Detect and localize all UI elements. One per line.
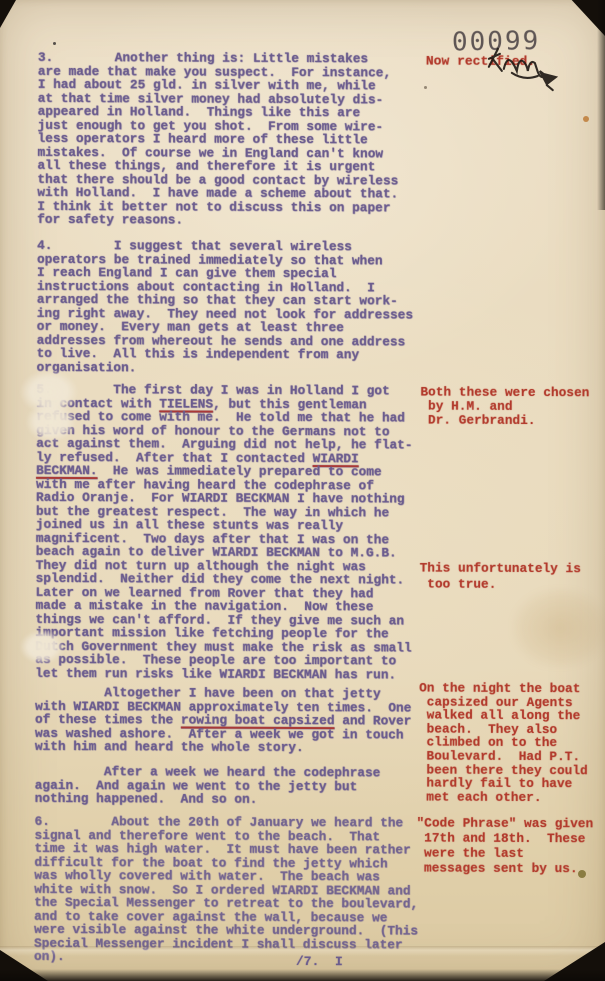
handwritten-initials [484,41,576,99]
margin-note-code-phrase: "Code Phrase" was given 17th and 18th. T… [416,816,593,877]
scanned-document-page: 00099 Now rectified. 3. Another thing is… [0,0,605,981]
margin-note-line: Dr. Gerbrandi. [420,414,589,429]
margin-note-line: too true. [420,577,581,594]
margin-note-line: This unfortunately is [420,561,581,578]
typed-line: let them run risks like WIARDI BECKMAN h… [35,666,411,681]
paragraph-3: 3. Another thing is: Little mistakes are… [37,51,399,228]
typed-line: organisation. [37,360,413,375]
paper-speck [424,86,427,89]
margin-note-capsized: On the night the boat capsized our Agent… [419,682,588,805]
paper-speck [578,870,586,878]
paper-speck [53,42,56,45]
paragraph-5: 5. The first day I was in Holland I got … [35,383,413,682]
paragraph-week: After a week we heard the codephrase aga… [35,765,381,807]
scan-edge-shadow [0,969,605,981]
margin-note-line: were the last [416,846,593,862]
paper-fold-crease [0,946,605,958]
document-content: 00099 Now rectified. 3. Another thing is… [0,0,605,981]
paper-damage-blob [26,402,76,442]
margin-note-chosen: Both these were chosen by H.M. and Dr. G… [420,386,589,429]
margin-note-line: "Code Phrase" was given [417,816,594,832]
red-underlined-text: BECKMAN. [36,463,98,478]
scan-edge-shadow [597,0,605,210]
paragraph-6: 6. About the 20th of January we heard th… [34,815,419,965]
margin-note-too-true: This unfortunately is too true. [420,561,581,594]
paper-damage-blob [20,630,64,664]
margin-note-line: 17th and 18th. These [416,831,593,847]
margin-note-line: messages sent by us. [416,861,593,877]
paper-speck [583,116,589,122]
typed-text: and Rover [334,713,411,728]
paragraph-4: 4. I suggest that several wireless opera… [37,239,414,376]
paragraph-jetty: Altogether I have been on that jetty wit… [35,686,412,755]
margin-note-line: met each other. [419,790,588,804]
